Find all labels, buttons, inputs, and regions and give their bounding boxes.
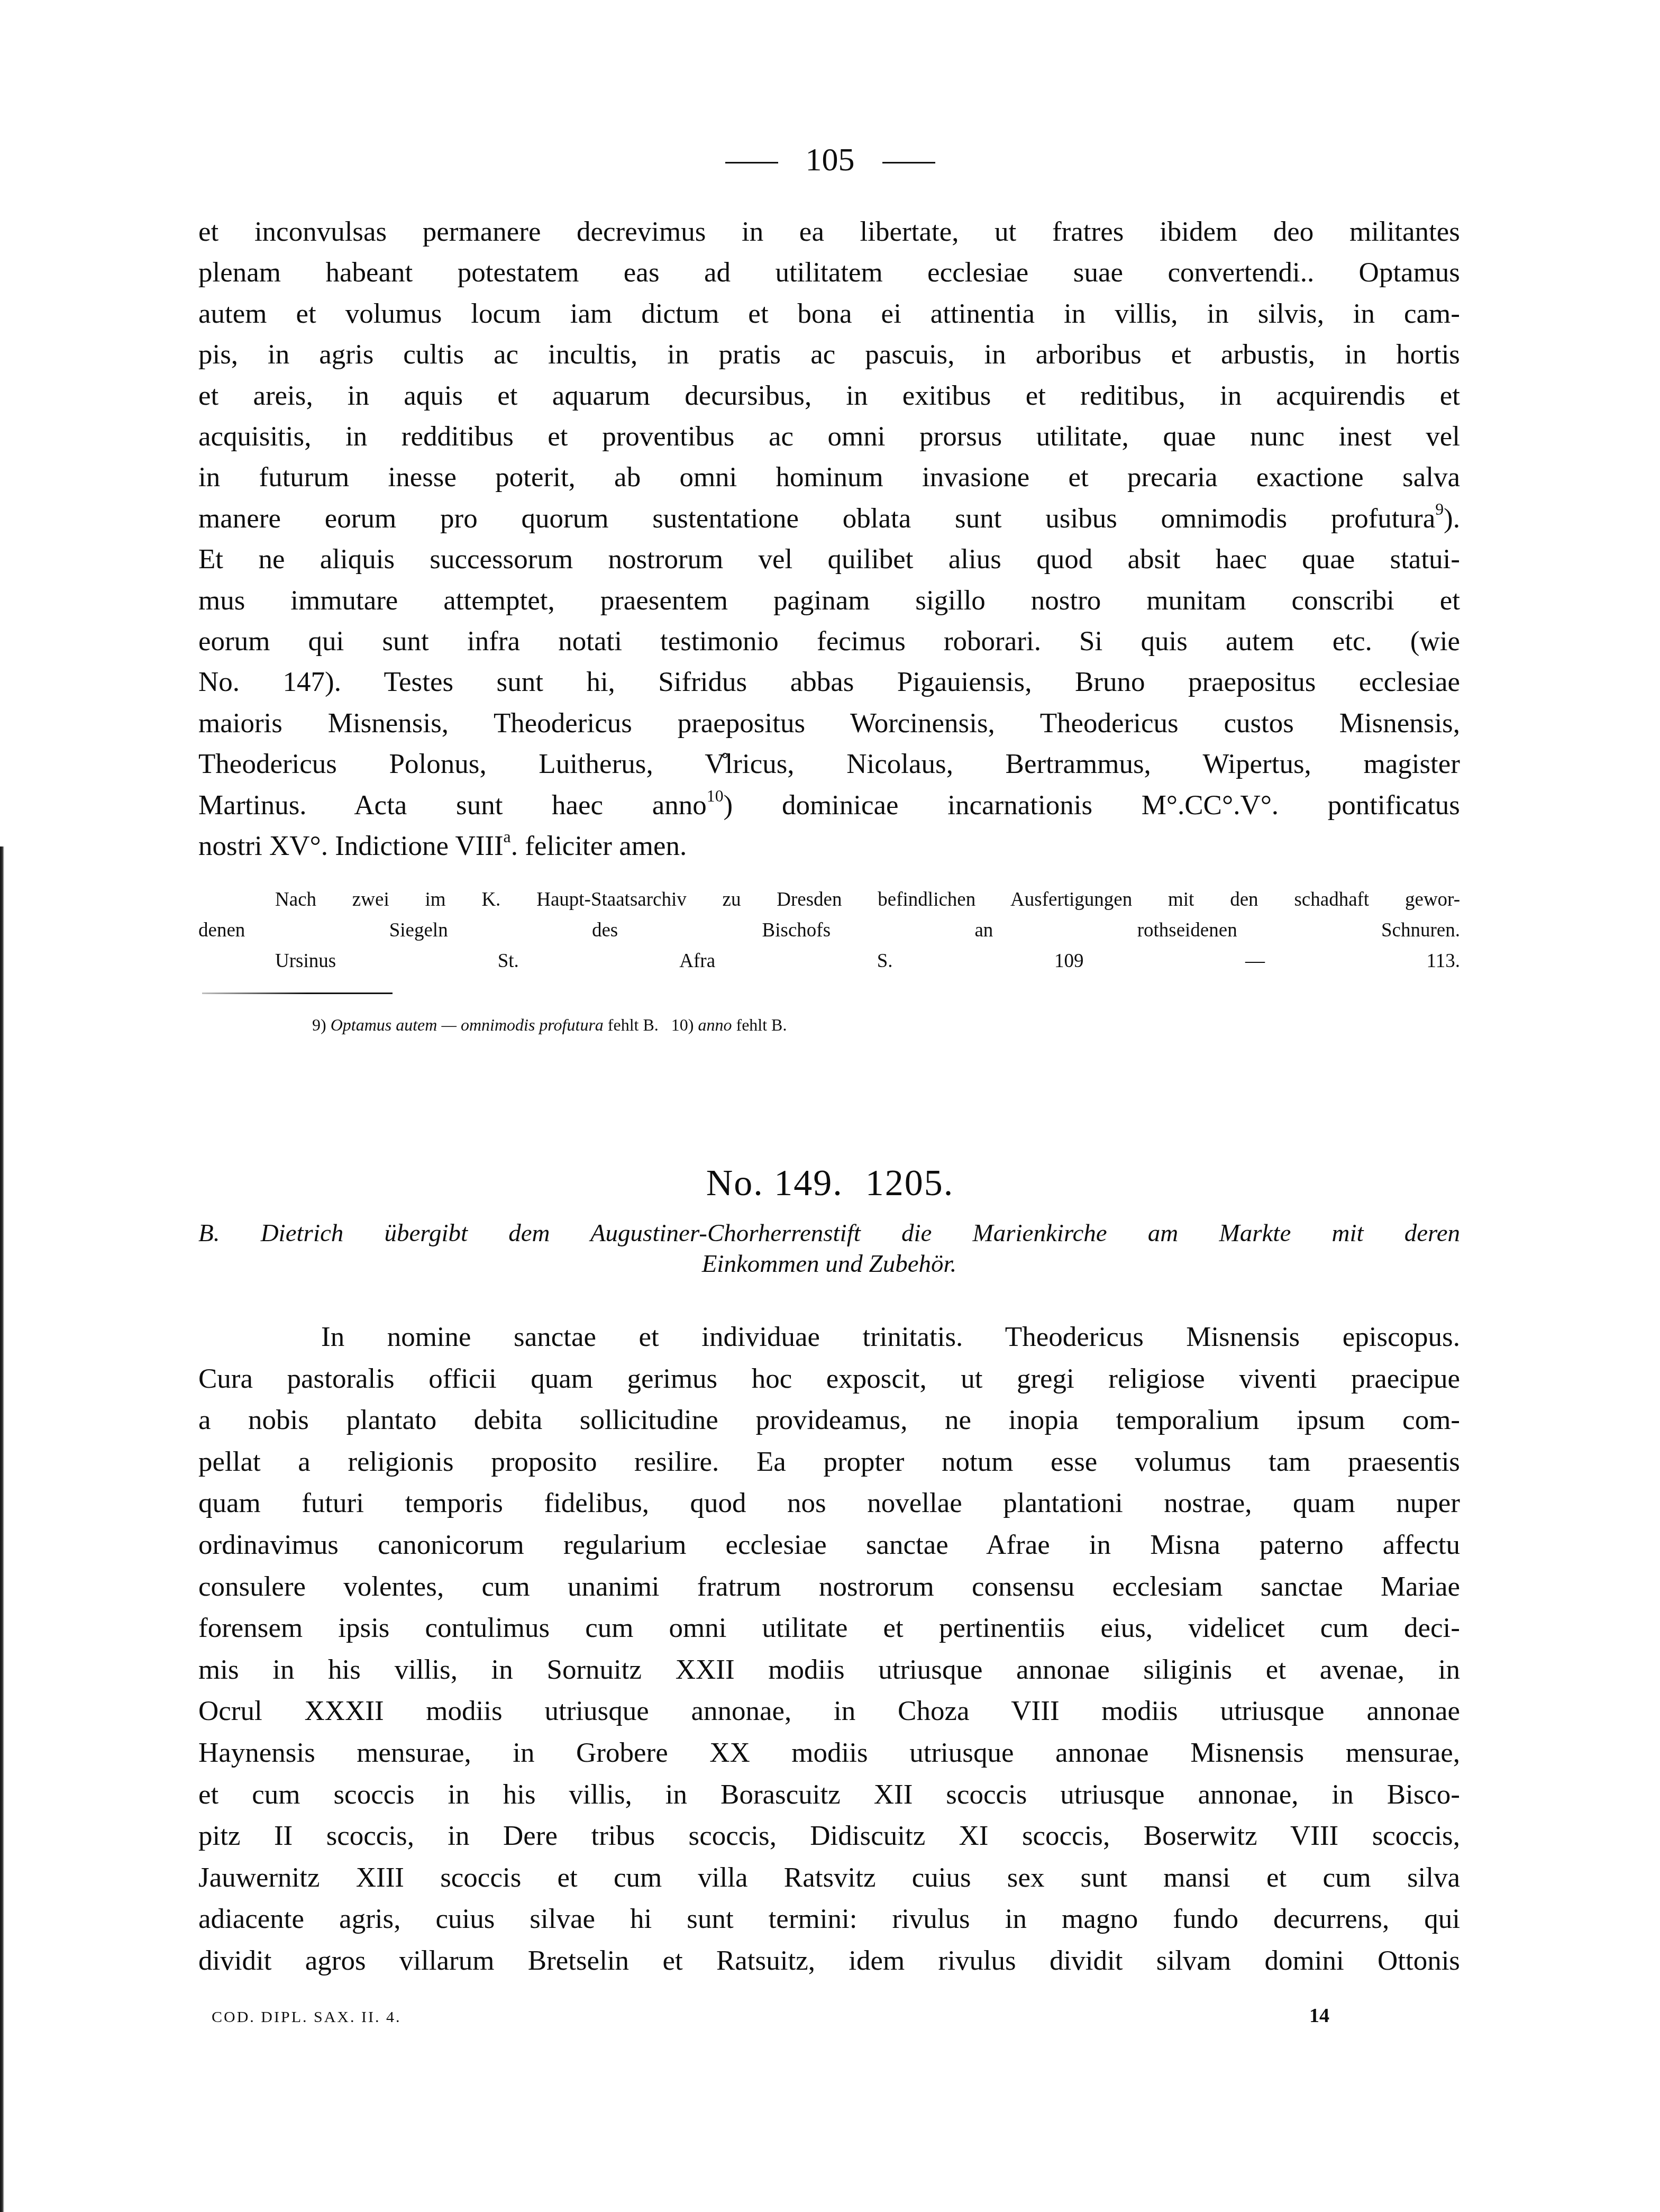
page-footer: COD. DIPL. SAX. II. 4. 14: [0, 2004, 1660, 2036]
charter-text: In nomine sanctae et individuae trinitat…: [198, 1316, 1460, 1982]
text-line: pis, in agris cultis ac incultis, in pra…: [198, 334, 1460, 375]
sheet-number: 14: [1309, 2004, 1329, 2027]
footnote-lemma: Optamus autem — omnimodis profutura: [331, 1015, 604, 1034]
source-note: Nach zwei im K. Haupt-Staatsarchiv zu Dr…: [198, 885, 1460, 977]
footnote-number: 10): [671, 1015, 694, 1034]
footnote-text: fehlt B.: [736, 1015, 787, 1034]
text-line: maioris Misnensis, Theodericus praeposit…: [198, 703, 1460, 744]
text-line: et cum scoccis in his villis, in Borascu…: [198, 1774, 1460, 1816]
text-line: et inconvulsas permanere decrevimus in e…: [198, 212, 1460, 252]
volume-signature: COD. DIPL. SAX. II. 4.: [212, 2008, 402, 2026]
text-segment: ) dominicae incarnationis M°.CC°.V°. pon…: [724, 790, 1460, 821]
indictione-superscript: a: [504, 827, 511, 846]
footnote-ref-9[interactable]: 9: [1435, 500, 1444, 518]
text-line: eorum qui sunt infra notati testimonio f…: [198, 621, 1460, 662]
document-year: 1205.: [865, 1163, 954, 1204]
document-summary: B. Dietrich übergibt dem Augustiner-Chor…: [198, 1218, 1460, 1279]
text-segment: . feliciter amen.: [511, 831, 687, 861]
text-line: quam futuri temporis fidelibus, quod nos…: [198, 1482, 1460, 1524]
text-line: Jauwernitz XIII scoccis et cum villa Rat…: [198, 1857, 1460, 1899]
text-segment: manere eorum pro quorum sustentatione ob…: [198, 503, 1435, 534]
page-number-header: 105: [0, 139, 1660, 181]
note-line: denen Siegeln des Bischofs an rothseiden…: [198, 915, 1460, 946]
text-line: Martinus. Acta sunt haec anno10) dominic…: [198, 785, 1460, 826]
footnote-lemma: anno: [698, 1015, 732, 1034]
footnote-9: 9) Optamus autem — omnimodis profutura f…: [312, 1015, 659, 1034]
footnote-10: 10) anno fehlt B.: [671, 1015, 787, 1034]
text-line: consulere volentes, cum unanimi fratrum …: [198, 1566, 1460, 1608]
text-line: Cura pastoralis officii quam gerimus hoc…: [198, 1358, 1460, 1400]
text-segment: ).: [1444, 503, 1460, 534]
footnote-separator-rule: [202, 993, 393, 994]
page-number: 105: [806, 142, 855, 178]
text-line: Et ne aliquis successorum nostrorum vel …: [198, 539, 1460, 580]
text-line: in futurum inesse poterit, ab omni homin…: [198, 457, 1460, 498]
text-segment: Martinus. Acta sunt haec anno: [198, 790, 707, 821]
text-line: nostri XV°. Indictione VIIIa. feliciter …: [198, 826, 1460, 867]
document-heading: No. 149.1205.: [0, 1160, 1660, 1207]
text-line: plenam habeant potestatem eas ad utilita…: [198, 252, 1460, 293]
document-number: No. 149.: [706, 1163, 843, 1204]
text-line: mis in his villis, in Sornuitz XXII modi…: [198, 1649, 1460, 1691]
text-line: a nobis plantato debita sollicitudine pr…: [198, 1399, 1460, 1441]
footnotes: 9) Optamus autem — omnimodis profutura f…: [312, 1012, 787, 1038]
text-line: adiacente agris, cuius silvae hi sunt te…: [198, 1898, 1460, 1940]
text-line: Theodericus Polonus, Luitherus, V̊lricus…: [198, 744, 1460, 785]
text-line: In nomine sanctae et individuae trinitat…: [198, 1316, 1460, 1358]
summary-line: Einkommen und Zubehör.: [198, 1249, 1460, 1279]
text-line: pellat a religionis proposito resilire. …: [198, 1441, 1460, 1483]
continued-charter-text: et inconvulsas permanere decrevimus in e…: [198, 212, 1460, 867]
summary-line: B. Dietrich übergibt dem Augustiner-Chor…: [198, 1218, 1460, 1249]
text-line: No. 147). Testes sunt hi, Sifridus abbas…: [198, 662, 1460, 703]
text-line: mus immutare attemptet, praesentem pagin…: [198, 580, 1460, 621]
footnote-number: 9): [312, 1015, 326, 1034]
text-line: manere eorum pro quorum sustentatione ob…: [198, 498, 1460, 539]
text-segment: nostri XV°. Indictione VIII: [198, 831, 504, 861]
text-line: acquisitis, in redditibus et proventibus…: [198, 416, 1460, 457]
text-line: Haynensis mensurae, in Grobere XX modiis…: [198, 1732, 1460, 1774]
text-line: dividit agros villarum Bretselin et Rats…: [198, 1940, 1460, 1982]
text-line: ordinavimus canonicorum regularium eccle…: [198, 1524, 1460, 1566]
header-dash-right: [882, 162, 935, 163]
footnote-text: fehlt B.: [608, 1015, 659, 1034]
note-line: Nach zwei im K. Haupt-Staatsarchiv zu Dr…: [198, 885, 1460, 915]
footnote-ref-10[interactable]: 10: [707, 787, 724, 805]
header-dash-left: [725, 162, 778, 163]
note-line: Ursinus St. Afra S. 109 — 113.: [198, 946, 1460, 977]
text-line: et areis, in aquis et aquarum decursibus…: [198, 376, 1460, 416]
text-line: autem et volumus locum iam dictum et bon…: [198, 294, 1460, 334]
text-line: forensem ipsis contulimus cum omni utili…: [198, 1607, 1460, 1649]
text-line: pitz II scoccis, in Dere tribus scoccis,…: [198, 1815, 1460, 1857]
text-line: Ocrul XXXII modiis utriusque annonae, in…: [198, 1690, 1460, 1732]
